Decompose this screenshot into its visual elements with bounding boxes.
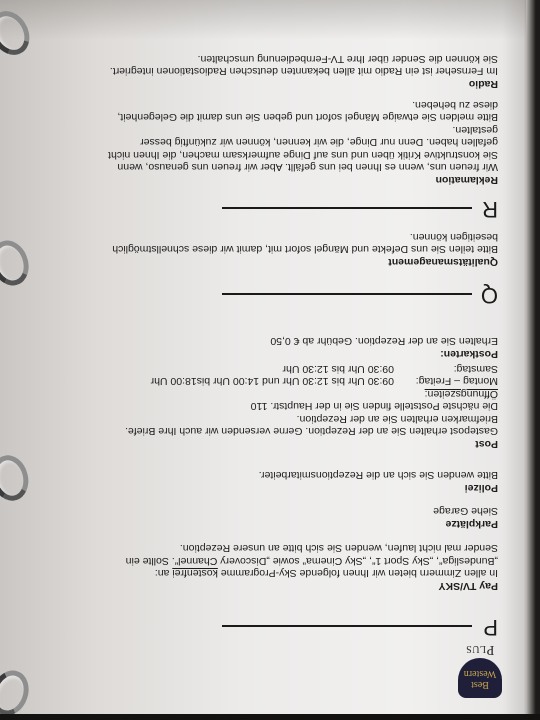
underlined-text: kostenfrei bbox=[172, 568, 218, 580]
section-letter: P bbox=[476, 614, 498, 640]
divider-line bbox=[222, 625, 472, 627]
section-text: diese zu beheben. bbox=[28, 99, 498, 112]
section-heading: Reklamation bbox=[28, 174, 498, 187]
section-heading: Pay TV/SKY bbox=[28, 580, 498, 593]
section-complaint: Reklamation Wir freuen uns, wenn es Ihne… bbox=[28, 99, 498, 187]
section-heading: Polizei bbox=[28, 482, 498, 495]
section-heading: Qualitätsmanagement bbox=[28, 256, 498, 269]
section-parking: Parkplätze Siehe Garage bbox=[28, 505, 498, 530]
logo-text-best: Best bbox=[458, 679, 502, 690]
section-text: Siehe Garage bbox=[28, 505, 498, 518]
section-text: Wir freuen uns, wenn es Ihnen bei uns ge… bbox=[28, 161, 498, 174]
section-text: Sie konstruktive Kritik üben und uns auf… bbox=[28, 149, 498, 162]
section-post: Post Gastepost erhalten Sie an der Rezep… bbox=[28, 363, 498, 451]
section-heading: Parkplätze bbox=[28, 518, 498, 531]
section-postcards: Postkarten: Erhalten Sie an der Rezeptio… bbox=[28, 335, 498, 360]
section-text: In allen Zimmern bieten wir Ihnen folgen… bbox=[28, 567, 498, 580]
section-text: Sender mal nicht laufen, wenden Sie sich… bbox=[28, 542, 498, 555]
section-text: Erhalten Sie an der Rezeption. Gebühr ab… bbox=[28, 335, 498, 348]
section-text: gefallen haben. Denn nur Dinge, die wir … bbox=[28, 136, 498, 149]
opening-hours-label: Öffnungszeiten: bbox=[28, 388, 498, 401]
section-text: „Bundesliga“, „Sky Sport 1“, „Sky Cinema… bbox=[28, 555, 498, 568]
hours-times: 09:30 Uhr bis 12:30 Uhr bbox=[28, 363, 394, 376]
section-heading: Radio bbox=[28, 78, 498, 91]
hotel-info-page: Best Western Plus P Pay TV/SKY In allen … bbox=[0, 0, 540, 720]
section-text: Briefmarken erhalten Sie an der Rezeptio… bbox=[28, 413, 498, 426]
divider-line bbox=[222, 207, 472, 209]
hours-days: Montag – Freitag: bbox=[394, 375, 498, 388]
logo-text-western: Western bbox=[458, 668, 502, 679]
section-text: Bitte wenden Sie sich an die Rezeptionsm… bbox=[28, 469, 498, 482]
section-text: Bitte teilen Sie uns Defekte und Mängel … bbox=[28, 243, 498, 256]
hours-times: 09:30 Uhr bis 12:30 Uhr und 14:00 Uhr bi… bbox=[28, 375, 394, 388]
hours-days: Samstag: bbox=[394, 363, 498, 376]
page-edge bbox=[0, 714, 540, 720]
page-edge bbox=[526, 0, 540, 720]
opening-hours-table: Montag – Freitag: 09:30 Uhr bis 12:30 Uh… bbox=[28, 363, 498, 388]
letter-divider-r: R bbox=[222, 196, 498, 222]
section-text: Sie können die Sender über Ihre TV-Fernb… bbox=[28, 53, 498, 66]
best-western-plus-logo: Best Western Plus bbox=[450, 641, 510, 698]
section-letter: Q bbox=[476, 282, 498, 308]
section-paytv: Pay TV/SKY In allen Zimmern bieten wir I… bbox=[28, 542, 498, 592]
letter-divider-q: Q bbox=[222, 282, 498, 308]
logo-badge: Best Western bbox=[458, 658, 502, 698]
section-letter: R bbox=[476, 196, 498, 222]
letter-divider-p: P bbox=[222, 614, 498, 640]
logo-text-plus: Plus bbox=[450, 641, 510, 657]
section-police: Polizei Bitte wenden Sie sich an die Rez… bbox=[28, 469, 498, 494]
text-fragment: an: bbox=[155, 568, 173, 580]
section-text: gestalten. bbox=[28, 124, 498, 137]
section-heading: Postkarten: bbox=[28, 348, 498, 361]
text-fragment: In allen Zimmern bieten wir Ihnen folgen… bbox=[218, 568, 498, 580]
section-text: beseitigen können. bbox=[28, 231, 498, 244]
section-radio: Radio Im Fernseher ist ein Radio mit all… bbox=[28, 53, 498, 91]
section-text: Gastepost erhalten Sie an der Rezeption.… bbox=[28, 425, 498, 438]
section-text: Die nächste Poststelle finden Sie in der… bbox=[28, 400, 498, 413]
divider-line bbox=[222, 293, 472, 295]
section-text: Im Fernseher ist ein Radio mit allen bek… bbox=[28, 65, 498, 78]
section-quality: Qualitätsmanagement Bitte teilen Sie uns… bbox=[28, 231, 498, 269]
section-text: Bitte melden Sie etwaige Mängel sofort u… bbox=[28, 111, 498, 124]
section-heading: Post bbox=[28, 438, 498, 451]
